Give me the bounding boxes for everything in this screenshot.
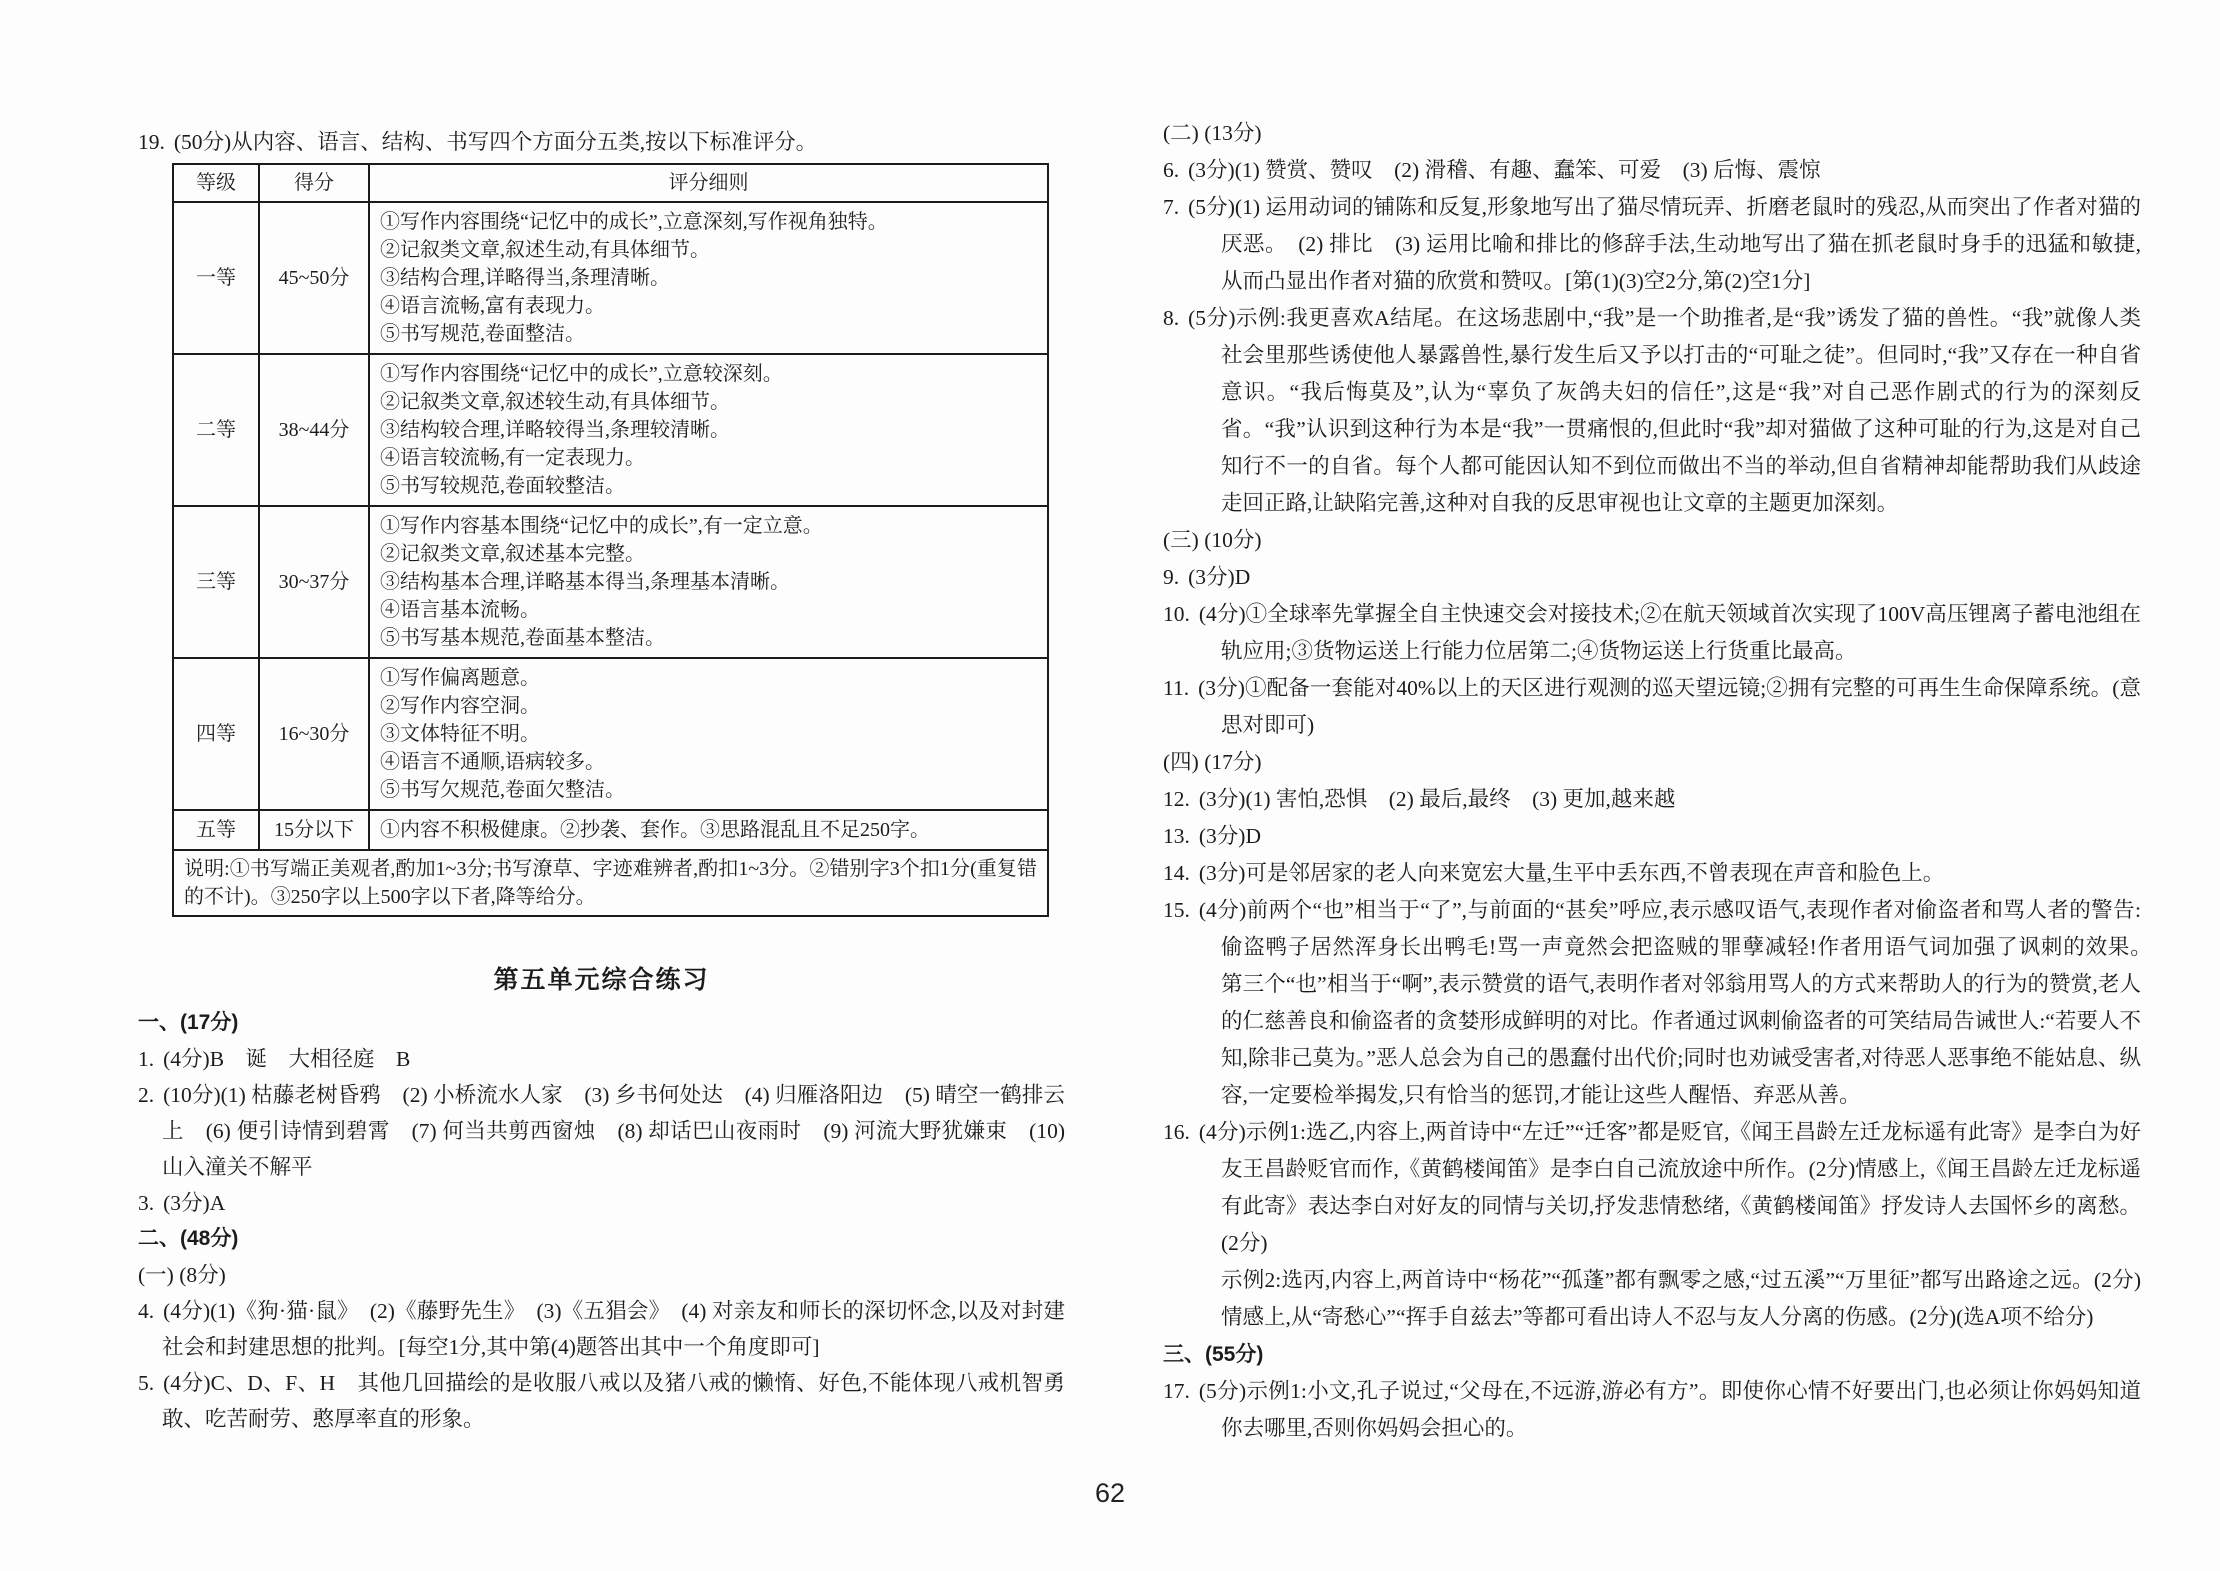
question-1: 1.(4分)B 诞 大相径庭 B — [138, 1041, 1065, 1077]
question-text: (3分)(1) 害怕,恐惧 (2) 最后,最终 (3) 更加,越来越 — [1199, 787, 1676, 811]
question-6: 6.(3分)(1) 赞赏、赞叹 (2) 滑稽、有趣、蠢笨、可爱 (3) 后悔、震… — [1163, 152, 2141, 189]
question-10: 10.(4分)①全球率先掌握全自主快速交会对接技术;②在航天领域首次实现了100… — [1163, 596, 2141, 670]
question-number: 17. — [1163, 1379, 1190, 1403]
header-grade: 等级 — [173, 164, 259, 202]
criteria-cell: ①写作内容围绕“记忆中的成长”,立意深刻,写作视角独特。 ②记叙类文章,叙述生动… — [369, 202, 1048, 354]
question-5: 5.(4分)C、D、F、H 其他几回描绘的是收服八戒以及猪八戒的懒惰、好色,不能… — [138, 1365, 1065, 1437]
subpart-heading-4: (四) (17分) — [1163, 744, 2141, 781]
question-text: (4分)①全球率先掌握全自主快速交会对接技术;②在航天领域首次实现了100V高压… — [1199, 602, 2141, 663]
question-text: (3分)(1) 赞赏、赞叹 (2) 滑稽、有趣、蠢笨、可爱 (3) 后悔、震惊 — [1188, 158, 1820, 182]
question-2: 2.(10分)(1) 枯藤老树昏鸦 (2) 小桥流水人家 (3) 乡书何处达 (… — [138, 1077, 1065, 1185]
question-text: (5分)示例1:小文,孔子说过,“父母在,不远游,游必有方”。即使你心情不好要出… — [1199, 1379, 2141, 1440]
part-heading-1: 一、(17分) — [138, 1005, 1065, 1041]
question-number: 11. — [1163, 676, 1189, 700]
rubric-note: 说明:①书写端正美观者,酌加1~3分;书写潦草、字迹难辨者,酌扣1~3分。②错别… — [173, 850, 1048, 916]
criteria-line: ①写作内容围绕“记忆中的成长”,立意较深刻。 — [380, 360, 1037, 388]
grade-cell: 三等 — [173, 506, 259, 658]
question-number: 13. — [1163, 824, 1190, 848]
score-cell: 38~44分 — [259, 354, 369, 506]
grade-cell: 四等 — [173, 658, 259, 810]
rubric-table: 等级 得分 评分细则 一等 45~50分 ①写作内容围绕“记忆中的成长”,立意深… — [172, 163, 1049, 917]
question-text: (50分)从内容、语言、结构、书写四个方面分五类,按以下标准评分。 — [174, 130, 817, 154]
criteria-line: ①内容不积极健康。②抄袭、套作。③思路混乱且不足250字。 — [380, 816, 1037, 844]
question-number: 14. — [1163, 861, 1190, 885]
criteria-line: ④语言基本流畅。 — [380, 596, 1037, 624]
subpart-heading-3: (三) (10分) — [1163, 522, 2141, 559]
question-text: (3分)D — [1199, 824, 1261, 848]
criteria-line: ①写作偏离题意。 — [380, 664, 1037, 692]
question-number: 6. — [1163, 158, 1179, 182]
question-number: 16. — [1163, 1120, 1190, 1144]
criteria-line: ②写作内容空洞。 — [380, 692, 1037, 720]
header-score: 得分 — [259, 164, 369, 202]
question-number: 5. — [138, 1371, 154, 1395]
question-13: 13.(3分)D — [1163, 818, 2141, 855]
question-4: 4.(4分)(1)《狗·猫·鼠》 (2)《藤野先生》 (3)《五猖会》 (4) … — [138, 1293, 1065, 1365]
rubric-row-5: 五等 15分以下 ①内容不积极健康。②抄袭、套作。③思路混乱且不足250字。 — [173, 810, 1048, 850]
question-16-example-2: 示例2:选丙,内容上,两首诗中“杨花”“孤蓬”都有飘零之感,“过五溪”“万里征”… — [1163, 1262, 2141, 1336]
criteria-line: ①写作内容基本围绕“记忆中的成长”,有一定立意。 — [380, 512, 1037, 540]
question-number: 7. — [1163, 195, 1179, 219]
rubric-row-3: 三等 30~37分 ①写作内容基本围绕“记忆中的成长”,有一定立意。 ②记叙类文… — [173, 506, 1048, 658]
criteria-line: ④语言较流畅,有一定表现力。 — [380, 444, 1037, 472]
question-text: (10分)(1) 枯藤老树昏鸦 (2) 小桥流水人家 (3) 乡书何处达 (4)… — [162, 1083, 1065, 1179]
header-criteria: 评分细则 — [369, 164, 1048, 202]
part-heading-2: 二、(48分) — [138, 1221, 1065, 1257]
question-7: 7.(5分)(1) 运用动词的铺陈和反复,形象地写出了猫尽情玩弄、折磨老鼠时的残… — [1163, 189, 2141, 300]
question-14: 14.(3分)可是邻居家的老人向来宽宏大量,生平中丢东西,不曾表现在声音和脸色上… — [1163, 855, 2141, 892]
question-11: 11.(3分)①配备一套能对40%以上的天区进行观测的巡天望远镜;②拥有完整的可… — [1163, 670, 2141, 744]
rubric-note-row: 说明:①书写端正美观者,酌加1~3分;书写潦草、字迹难辨者,酌扣1~3分。②错别… — [173, 850, 1048, 916]
question-number: 1. — [138, 1047, 154, 1071]
criteria-line: ①写作内容围绕“记忆中的成长”,立意深刻,写作视角独特。 — [380, 208, 1037, 236]
question-3: 3.(3分)A — [138, 1185, 1065, 1221]
subpart-heading-2: (二) (13分) — [1163, 115, 2141, 152]
question-text: (4分)(1)《狗·猫·鼠》 (2)《藤野先生》 (3)《五猖会》 (4) 对亲… — [162, 1299, 1065, 1359]
score-cell: 30~37分 — [259, 506, 369, 658]
question-8: 8.(5分)示例:我更喜欢A结尾。在这场悲剧中,“我”是一个助推者,是“我”诱发… — [1163, 300, 2141, 522]
grade-cell: 二等 — [173, 354, 259, 506]
question-number: 10. — [1163, 602, 1190, 626]
page-number: 62 — [0, 1478, 2220, 1509]
subpart-heading-1: (一) (8分) — [138, 1257, 1065, 1293]
question-16: 16.(4分)示例1:选乙,内容上,两首诗中“左迁”“迁客”都是贬官,《闻王昌龄… — [1163, 1114, 2141, 1262]
left-column: 19.(50分)从内容、语言、结构、书写四个方面分五类,按以下标准评分。 等级 … — [138, 0, 1065, 1437]
criteria-line: ⑤书写基本规范,卷面基本整洁。 — [380, 624, 1037, 652]
criteria-line: ⑤书写欠规范,卷面欠整洁。 — [380, 776, 1037, 804]
criteria-line: ④语言流畅,富有表现力。 — [380, 292, 1037, 320]
question-9: 9.(3分)D — [1163, 559, 2141, 596]
question-19: 19.(50分)从内容、语言、结构、书写四个方面分五类,按以下标准评分。 — [138, 124, 1065, 161]
question-number: 15. — [1163, 898, 1190, 922]
question-number: 2. — [138, 1083, 154, 1107]
question-text: (5分)示例:我更喜欢A结尾。在这场悲剧中,“我”是一个助推者,是“我”诱发了猫… — [1188, 306, 2141, 515]
question-text: (4分)前两个“也”相当于“了”,与前面的“甚矣”呼应,表示感叹语气,表现作者对… — [1199, 898, 2163, 1107]
question-text: (3分)①配备一套能对40%以上的天区进行观测的巡天望远镜;②拥有完整的可再生生… — [1198, 676, 2141, 737]
question-17: 17.(5分)示例1:小文,孔子说过,“父母在,不远游,游必有方”。即使你心情不… — [1163, 1373, 2141, 1447]
section-title: 第五单元综合练习 — [138, 960, 1065, 1000]
criteria-cell: ①内容不积极健康。②抄袭、套作。③思路混乱且不足250字。 — [369, 810, 1048, 850]
criteria-cell: ①写作内容基本围绕“记忆中的成长”,有一定立意。 ②记叙类文章,叙述基本完整。 … — [369, 506, 1048, 658]
question-15: 15.(4分)前两个“也”相当于“了”,与前面的“甚矣”呼应,表示感叹语气,表现… — [1163, 892, 2141, 1114]
score-cell: 16~30分 — [259, 658, 369, 810]
criteria-line: ③文体特征不明。 — [380, 720, 1037, 748]
grade-cell: 一等 — [173, 202, 259, 354]
rubric-row-4: 四等 16~30分 ①写作偏离题意。 ②写作内容空洞。 ③文体特征不明。 ④语言… — [173, 658, 1048, 810]
question-text: (3分)D — [1188, 565, 1250, 589]
criteria-cell: ①写作内容围绕“记忆中的成长”,立意较深刻。 ②记叙类文章,叙述较生动,有具体细… — [369, 354, 1048, 506]
criteria-line: ④语言不通顺,语病较多。 — [380, 748, 1037, 776]
question-text: (3分)可是邻居家的老人向来宽宏大量,生平中丢东西,不曾表现在声音和脸色上。 — [1199, 861, 1944, 885]
question-number: 19. — [138, 130, 165, 154]
score-cell: 15分以下 — [259, 810, 369, 850]
score-cell: 45~50分 — [259, 202, 369, 354]
grade-cell: 五等 — [173, 810, 259, 850]
question-12: 12.(3分)(1) 害怕,恐惧 (2) 最后,最终 (3) 更加,越来越 — [1163, 781, 2141, 818]
right-column: (二) (13分) 6.(3分)(1) 赞赏、赞叹 (2) 滑稽、有趣、蠢笨、可… — [1163, 0, 2141, 1447]
question-number: 9. — [1163, 565, 1179, 589]
question-number: 3. — [138, 1191, 154, 1215]
answer-key-page: 19.(50分)从内容、语言、结构、书写四个方面分五类,按以下标准评分。 等级 … — [0, 0, 2220, 1571]
criteria-line: ⑤书写较规范,卷面较整洁。 — [380, 472, 1037, 500]
rubric-row-2: 二等 38~44分 ①写作内容围绕“记忆中的成长”,立意较深刻。 ②记叙类文章,… — [173, 354, 1048, 506]
part-heading-3: 三、(55分) — [1163, 1336, 2141, 1373]
criteria-line: ③结构合理,详略得当,条理清晰。 — [380, 264, 1037, 292]
criteria-cell: ①写作偏离题意。 ②写作内容空洞。 ③文体特征不明。 ④语言不通顺,语病较多。 … — [369, 658, 1048, 810]
question-number: 12. — [1163, 787, 1190, 811]
question-text: (4分)示例1:选乙,内容上,两首诗中“左迁”“迁客”都是贬官,《闻王昌龄左迁龙… — [1199, 1120, 2141, 1255]
criteria-line: ③结构基本合理,详略基本得当,条理基本清晰。 — [380, 568, 1037, 596]
criteria-line: ②记叙类文章,叙述基本完整。 — [380, 540, 1037, 568]
criteria-line: ⑤书写规范,卷面整洁。 — [380, 320, 1037, 348]
question-text: (4分)B 诞 大相径庭 B — [163, 1047, 410, 1071]
rubric-header-row: 等级 得分 评分细则 — [173, 164, 1048, 202]
criteria-line: ③结构较合理,详略较得当,条理较清晰。 — [380, 416, 1037, 444]
criteria-line: ②记叙类文章,叙述较生动,有具体细节。 — [380, 388, 1037, 416]
question-number: 4. — [138, 1299, 154, 1323]
rubric-row-1: 一等 45~50分 ①写作内容围绕“记忆中的成长”,立意深刻,写作视角独特。 ②… — [173, 202, 1048, 354]
criteria-line: ②记叙类文章,叙述生动,有具体细节。 — [380, 236, 1037, 264]
question-text: (3分)A — [163, 1191, 225, 1215]
question-text: (5分)(1) 运用动词的铺陈和反复,形象地写出了猫尽情玩弄、折磨老鼠时的残忍,… — [1188, 195, 2141, 293]
question-number: 8. — [1163, 306, 1179, 330]
question-text: (4分)C、D、F、H 其他几回描绘的是收服八戒以及猪八戒的懒惰、好色,不能体现… — [162, 1371, 1065, 1431]
